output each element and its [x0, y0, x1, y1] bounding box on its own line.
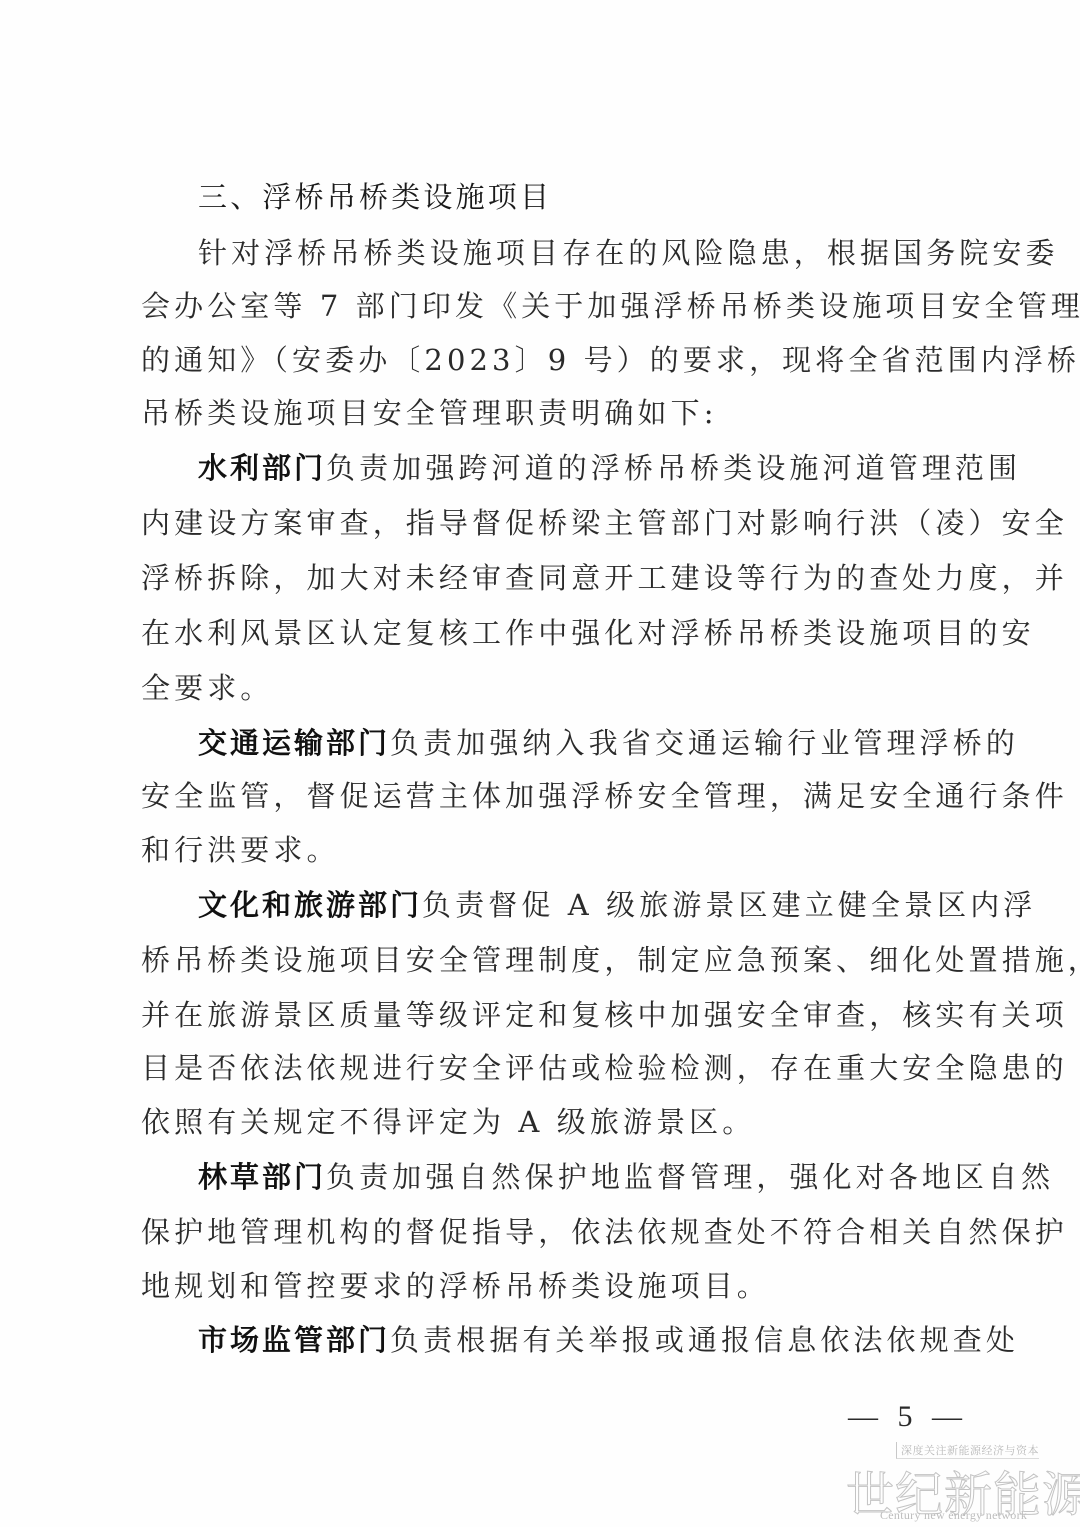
line-text: 并在旅游景区质量等级评定和复核中加强安全审查，核实有关项 — [141, 998, 1068, 1032]
paragraph-line-water: 水利部门负责加强跨河道的浮桥吊桥类设施河道管理范围 — [198, 448, 941, 488]
dept-name-market: 市场监管部门 — [198, 1323, 390, 1357]
paragraph-line: 的通知》（安委办〔2023〕9 号）的要求，现将全省范围内浮桥 — [141, 340, 941, 380]
line-text: 安全监管，督促运营主体加强浮桥安全管理，满足安全通行条件 — [141, 779, 1068, 813]
line-text: 桥吊桥类设施项目安全管理制度，制定应急预案、细化处置措施， — [141, 943, 1080, 977]
paragraph-line-market: 市场监管部门负责根据有关举报或通报信息依法依规查处 — [198, 1320, 941, 1360]
line-text: 负责加强自然保护地监督管理，强化对各地区自然 — [326, 1160, 1054, 1194]
dept-name-forestry: 林草部门 — [198, 1160, 326, 1194]
line-text: 在水利风景区认定复核工作中强化对浮桥吊桥类设施项目的安 — [141, 616, 1035, 650]
line-text: 负责根据有关举报或通报信息依法依规查处 — [390, 1323, 1019, 1357]
line-text: 和行洪要求。 — [141, 833, 340, 867]
line-text: 浮桥拆除，加大对未经审查同意开工建设等行为的查处力度，并 — [141, 561, 1068, 595]
paragraph-line-culture-tourism: 文化和旅游部门负责督促 A 级旅游景区建立健全景区内浮 — [198, 885, 941, 925]
paragraph-line: 在水利风景区认定复核工作中强化对浮桥吊桥类设施项目的安 — [141, 613, 941, 653]
line-text: 的通知》（安委办〔2023〕9 号）的要求，现将全省范围内浮桥 — [141, 343, 1080, 377]
line-text: 会办公室等 7 部门印发《关于加强浮桥吊桥类设施项目安全管理 — [141, 289, 1080, 323]
paragraph-line: 和行洪要求。 — [141, 830, 941, 870]
page-number: — 5 — — [848, 1400, 968, 1434]
paragraph-line: 安全监管，督促运营主体加强浮桥安全管理，满足安全通行条件 — [141, 776, 941, 816]
line-text: 吊桥类设施项目安全管理职责明确如下: — [141, 396, 718, 430]
line-text: 依照有关规定不得评定为 A 级旅游景区。 — [141, 1105, 755, 1139]
dept-name-water: 水利部门 — [198, 451, 326, 485]
line-text: 目是否依法依规进行安全评估或检验检测，存在重大安全隐患的 — [141, 1051, 1068, 1085]
line-text: 内建设方案审查，指导督促桥梁主管部门对影响行洪（凌）安全 — [141, 506, 1068, 540]
paragraph-line: 全要求。 — [141, 668, 941, 708]
paragraph-line: 会办公室等 7 部门印发《关于加强浮桥吊桥类设施项目安全管理 — [141, 286, 941, 326]
dept-name-culture-tourism: 文化和旅游部门 — [198, 888, 422, 922]
section-heading: 三、浮桥吊桥类设施项目 — [198, 177, 941, 217]
paragraph-line: 目是否依法依规进行安全评估或检验检测，存在重大安全隐患的 — [141, 1048, 941, 1088]
paragraph-line-transport: 交通运输部门负责加强纳入我省交通运输行业管理浮桥的 — [198, 723, 941, 763]
paragraph-line: 针对浮桥吊桥类设施项目存在的风险隐患，根据国务院安委 — [198, 233, 941, 273]
paragraph-line: 桥吊桥类设施项目安全管理制度，制定应急预案、细化处置措施， — [141, 940, 941, 980]
paragraph-line: 内建设方案审查，指导督促桥梁主管部门对影响行洪（凌）安全 — [141, 503, 941, 543]
line-text: 针对浮桥吊桥类设施项目存在的风险隐患，根据国务院安委 — [198, 236, 1059, 270]
document-page: 三、浮桥吊桥类设施项目 针对浮桥吊桥类设施项目存在的风险隐患，根据国务院安委 会… — [0, 0, 1080, 1527]
paragraph-line: 并在旅游景区质量等级评定和复核中加强安全审查，核实有关项 — [141, 995, 941, 1035]
paragraph-line: 吊桥类设施项目安全管理职责明确如下: — [141, 393, 941, 433]
paragraph-line-forestry: 林草部门负责加强自然保护地监督管理，强化对各地区自然 — [198, 1157, 941, 1197]
line-text: 负责加强跨河道的浮桥吊桥类设施河道管理范围 — [326, 451, 1021, 485]
line-text: 保护地管理机构的督促指导，依法依规查处不符合相关自然保护 — [141, 1215, 1068, 1249]
paragraph-line: 保护地管理机构的督促指导，依法依规查处不符合相关自然保护 — [141, 1212, 941, 1252]
line-text: 负责加强纳入我省交通运输行业管理浮桥的 — [390, 726, 1019, 760]
watermark-subtitle: Century new energy network — [880, 1508, 1027, 1523]
paragraph-line: 浮桥拆除，加大对未经审查同意开工建设等行为的查处力度，并 — [141, 558, 941, 598]
line-text: 地规划和管控要求的浮桥吊桥类设施项目。 — [141, 1269, 770, 1303]
paragraph-line: 地规划和管控要求的浮桥吊桥类设施项目。 — [141, 1266, 941, 1306]
dept-name-transport: 交通运输部门 — [198, 726, 390, 760]
paragraph-line: 依照有关规定不得评定为 A 级旅游景区。 — [141, 1102, 941, 1142]
line-text: 全要求。 — [141, 671, 273, 705]
line-text: 负责督促 A 级旅游景区建立健全景区内浮 — [422, 888, 1036, 922]
